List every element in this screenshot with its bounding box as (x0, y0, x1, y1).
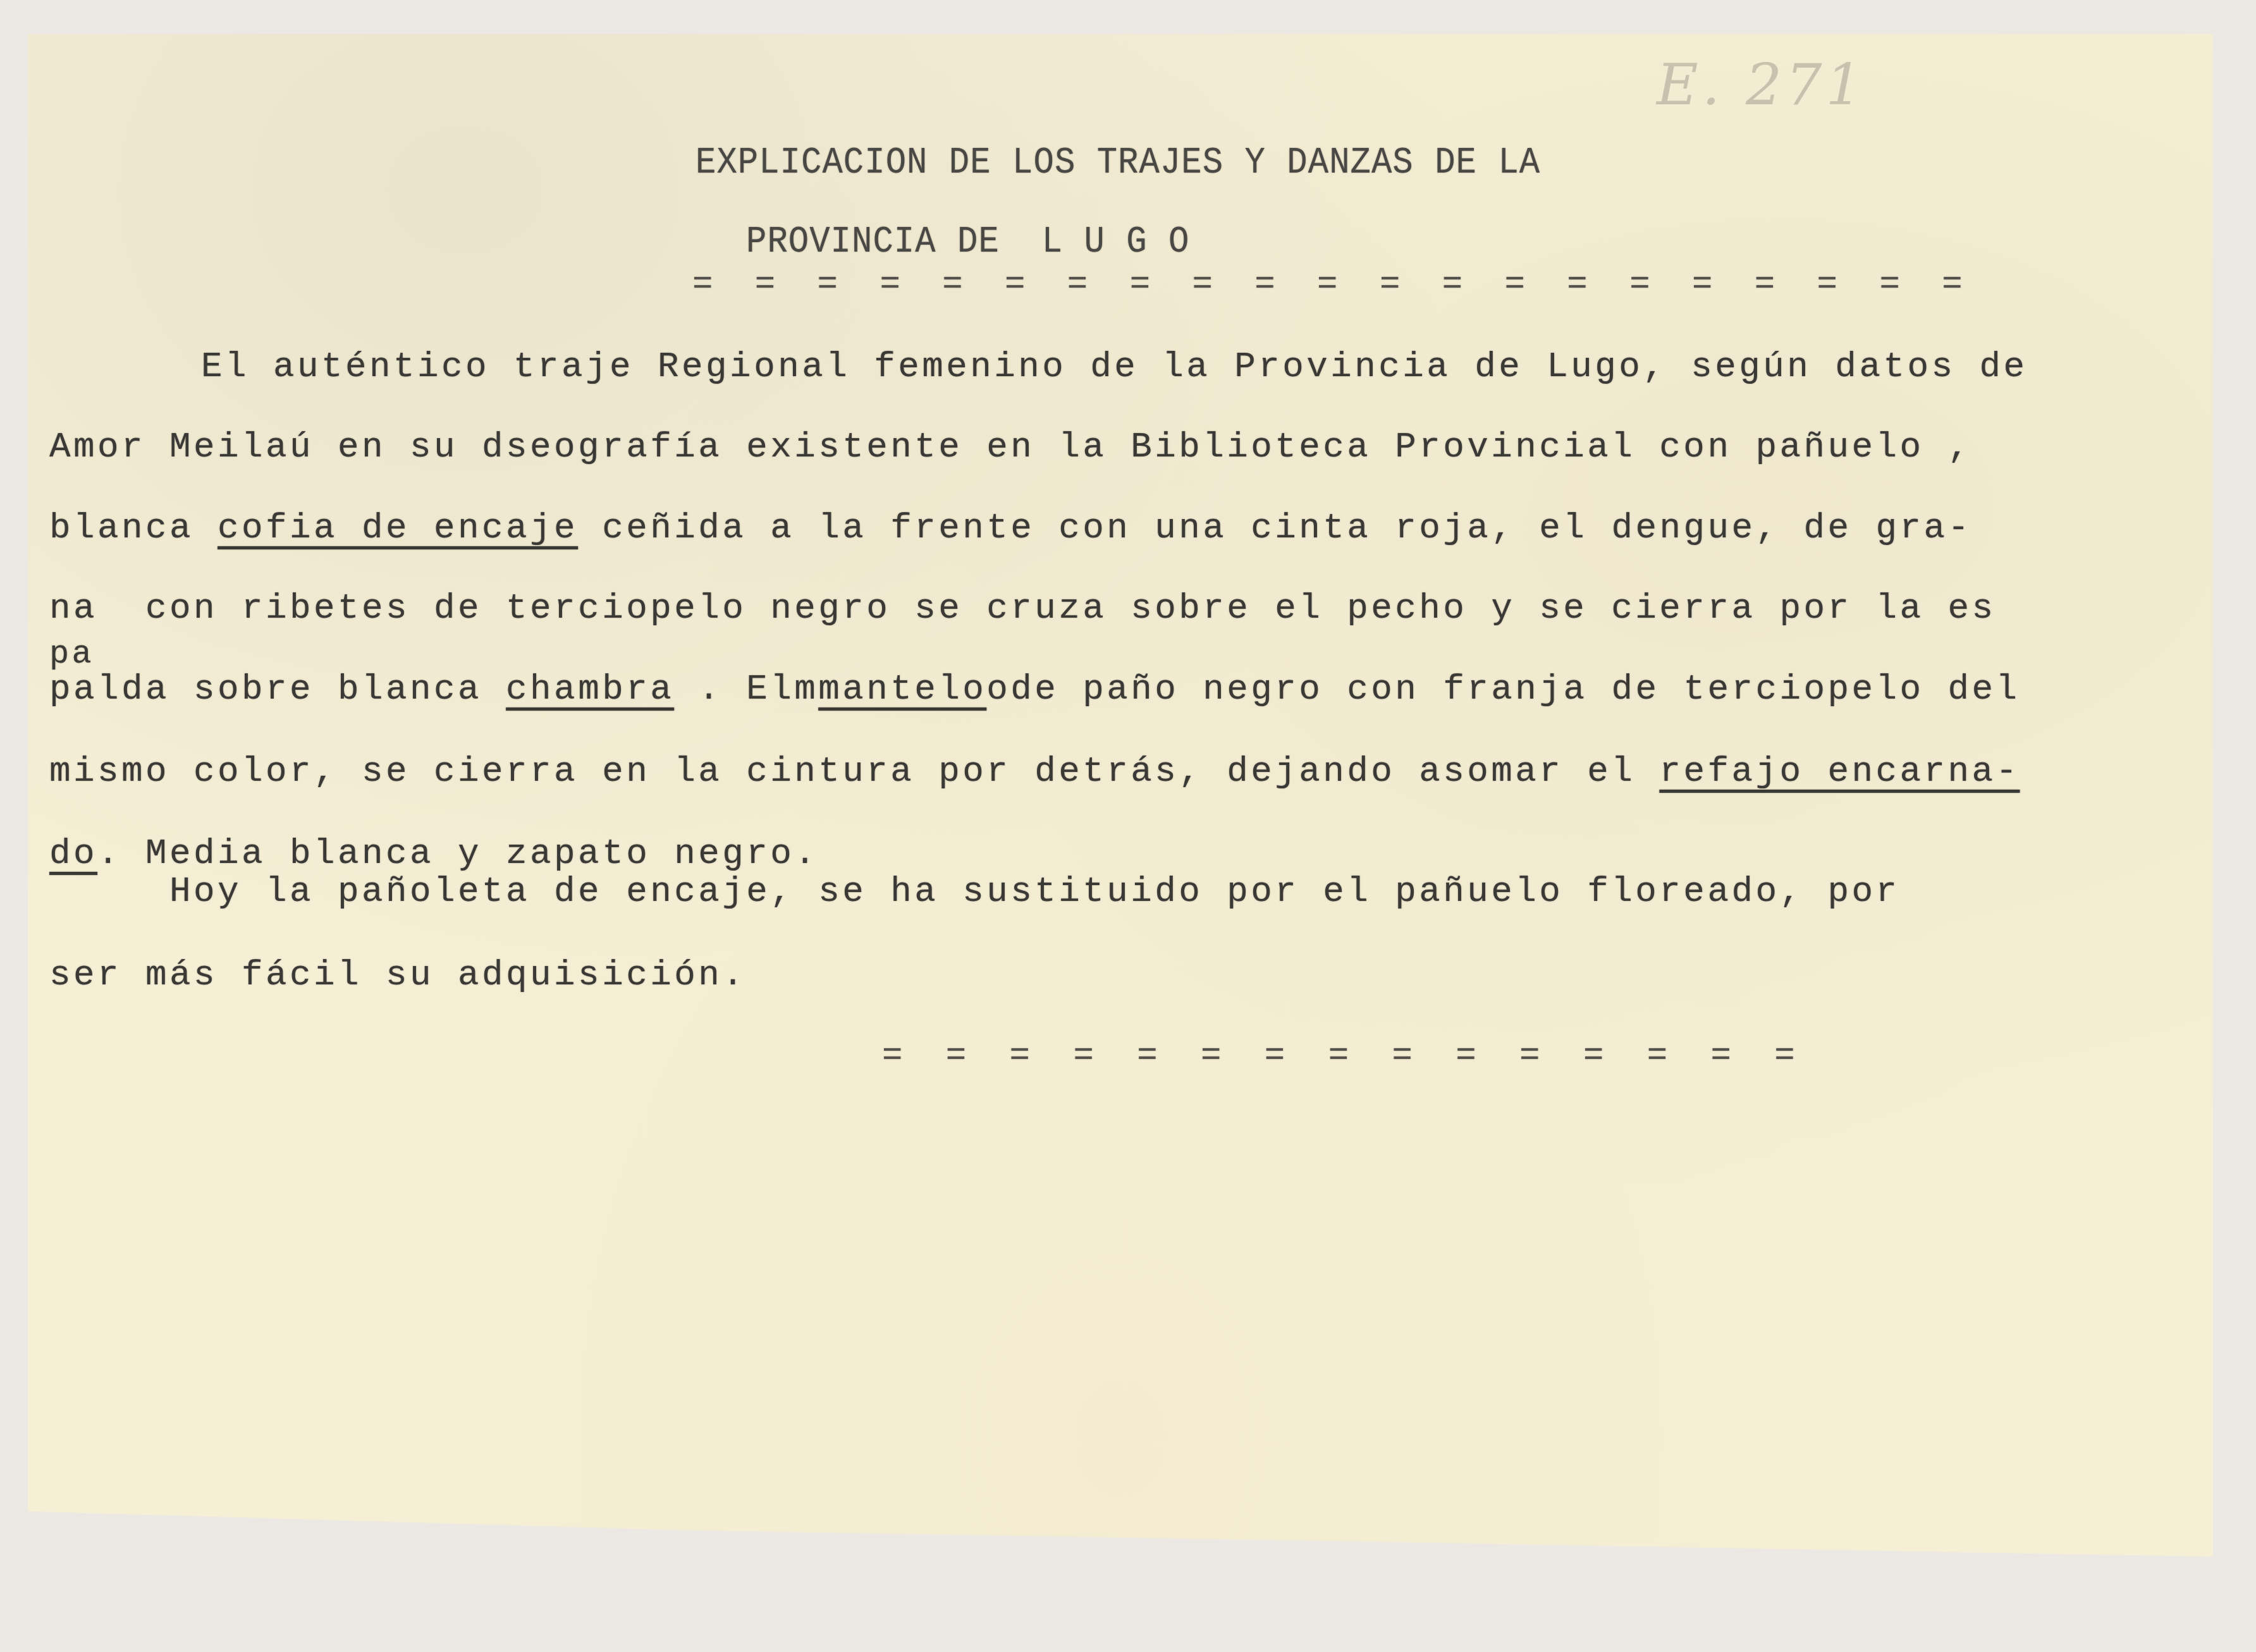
body-text: mismo color, se cierra en la cintura por… (49, 751, 1659, 792)
body-text: . Elm (674, 669, 818, 709)
title-line-2: PROVINCIA DE L U G O (746, 221, 1190, 263)
underlined-term-chambra: chambra (506, 669, 674, 709)
closing-separator-rule: = = = = = = = = = = = = = = = (882, 1037, 1806, 1075)
body-line-9: ser más fácil su adquisición. (49, 955, 746, 995)
underlined-term-mantelo: mantelo (818, 669, 986, 709)
body-line-2: Amor Meilaú en su dseografía existente e… (49, 427, 1971, 467)
body-line-1: El auténtico traje Regional femenino de … (201, 346, 2027, 387)
body-line-6: mismo color, se cierra en la cintura por… (49, 751, 2020, 792)
body-line-7: do. Media blanca y zapato negro. (49, 833, 818, 874)
body-line-4-continuation: pa (49, 635, 94, 673)
body-text: blanca (49, 508, 218, 548)
underlined-term-cofia-de-encaje: cofia de encaje (218, 508, 578, 548)
body-text: ceñida a la frente con una cinta roja, e… (578, 508, 1971, 548)
body-line-5: palda sobre blanca chambra . Elmmanteloo… (49, 669, 2020, 709)
title-separator-rule: = = = = = = = = = = = = = = = = = = = = … (692, 266, 1973, 304)
body-text: palda sobre blanca (49, 669, 506, 709)
title-line-1: EXPLICACION DE LOS TRAJES Y DANZAS DE LA (696, 142, 1540, 184)
body-line-4: na con ribetes de terciopelo negro se cr… (49, 588, 1995, 628)
underlined-term-do: do (49, 833, 97, 874)
body-line-8: Hoy la pañoleta de encaje, se ha sustitu… (49, 871, 1899, 912)
body-text: ode paño negro con franja de terciopelo … (986, 669, 2020, 709)
pencil-annotation: E. 271 (1657, 52, 1866, 118)
body-line-3: blanca cofia de encaje ceñida a la frent… (49, 508, 1971, 548)
underlined-term-refajo-encarnado: refajo encarna- (1659, 751, 2020, 792)
body-text: . Media blanca y zapato negro. (97, 833, 818, 874)
